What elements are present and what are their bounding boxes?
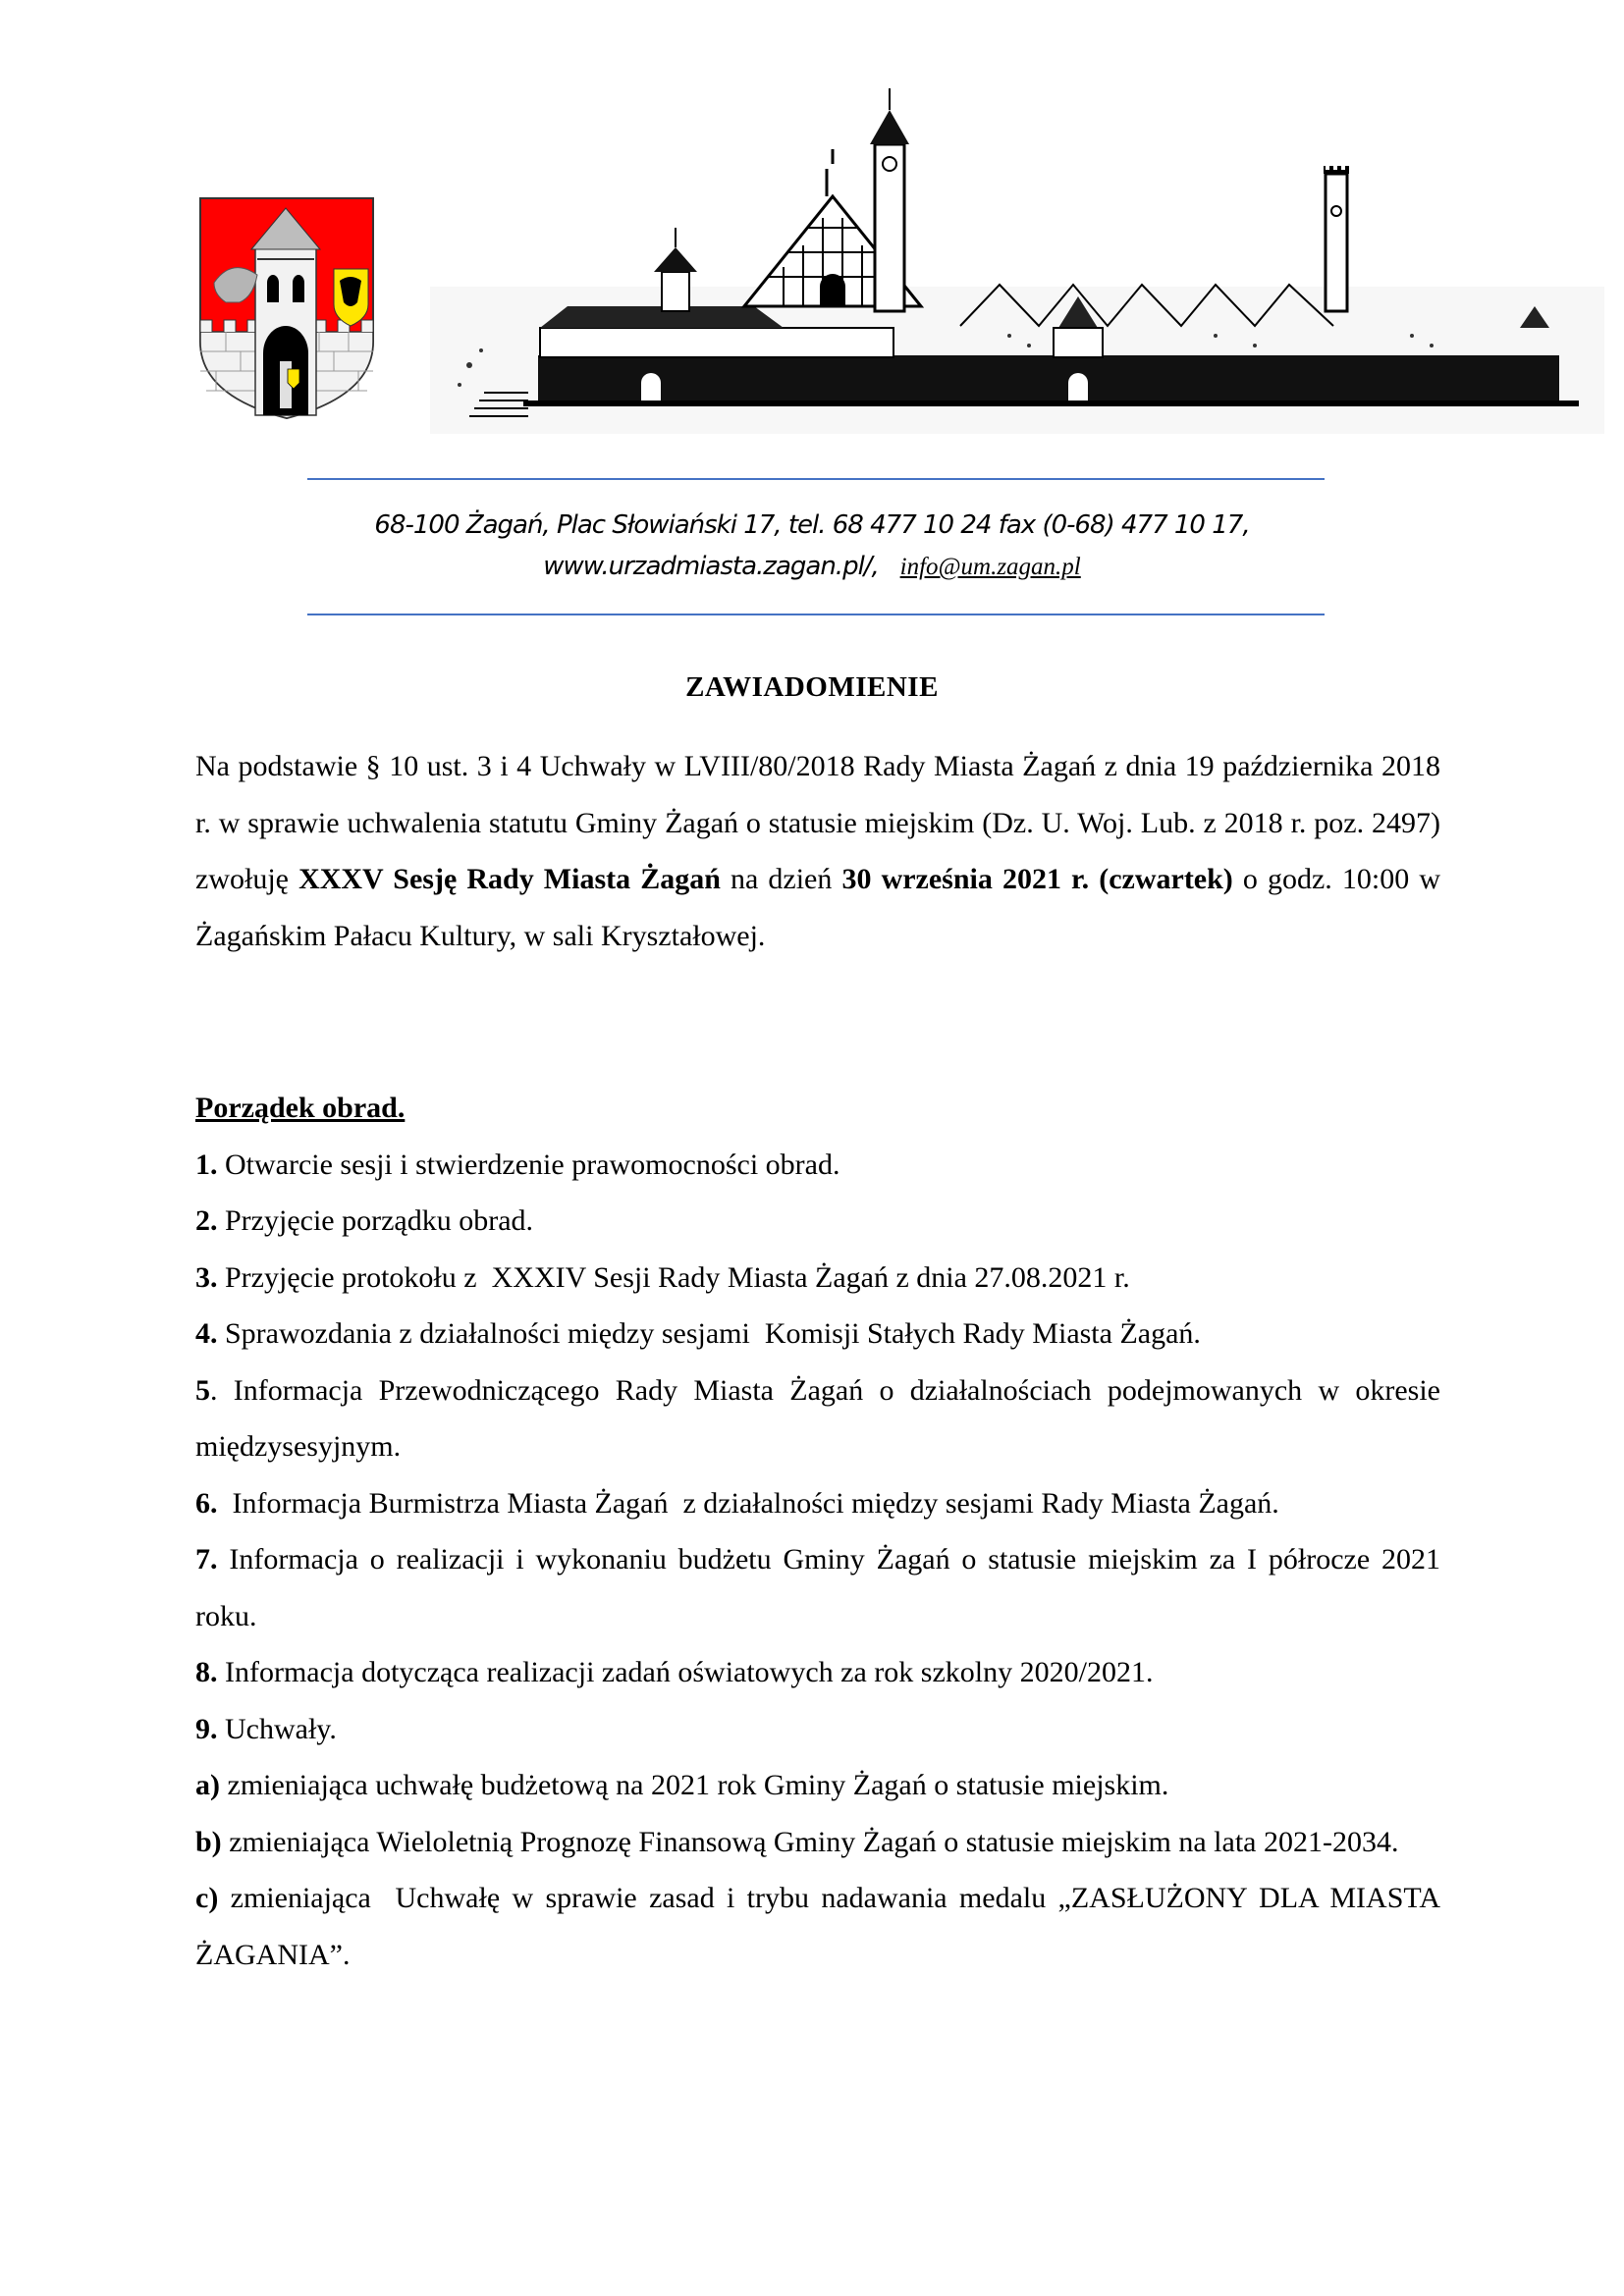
- agenda-item-number: 2.: [195, 1204, 218, 1237]
- agenda-list: 1. Otwarcie sesji i stwierdzenie prawomo…: [195, 1137, 1440, 1984]
- agenda-item-text: Otwarcie sesji i stwierdzenie prawomocno…: [218, 1148, 840, 1181]
- agenda-item: 7. Informacja o realizacji i wykonaniu b…: [195, 1531, 1440, 1644]
- agenda-item-text: zmieniająca uchwałę budżetową na 2021 ro…: [220, 1769, 1168, 1801]
- agenda-item: c) zmieniająca Uchwałę w sprawie zasad i…: [195, 1870, 1440, 1983]
- header-divider-top: [307, 478, 1325, 480]
- agenda-item: 5. Informacja Przewodniczącego Rady Mias…: [195, 1362, 1440, 1475]
- agenda-item: b) zmieniająca Wieloletnią Prognozę Fina…: [195, 1814, 1440, 1871]
- agenda-item-text: . Informacja Przewodniczącego Rady Miast…: [195, 1374, 1448, 1464]
- agenda-item: 4. Sprawozdania z działalności między se…: [195, 1306, 1440, 1362]
- agenda-item: 8. Informacja dotycząca realizacji zadań…: [195, 1644, 1440, 1701]
- agenda-item-text: Przyjęcie protokołu z XXXIV Sesji Rady M…: [218, 1261, 1130, 1294]
- agenda-item-number: a): [195, 1769, 220, 1801]
- agenda-item-number: 4.: [195, 1317, 218, 1350]
- agenda-heading: Porządek obrad.: [195, 1080, 1440, 1137]
- agenda-item-text: Informacja o realizacji i wykonaniu budż…: [195, 1543, 1448, 1632]
- coat-of-arms-logo: [196, 194, 377, 422]
- agenda-item-number: 6.: [195, 1487, 218, 1520]
- email-link[interactable]: info@um.zagan.pl: [900, 554, 1081, 580]
- agenda-item: 3. Przyjęcie protokołu z XXXIV Sesji Rad…: [195, 1250, 1440, 1307]
- agenda-item-text: Przyjęcie porządku obrad.: [218, 1204, 534, 1237]
- agenda-item: 9. Uchwały.: [195, 1701, 1440, 1758]
- intro-paragraph: Na podstawie § 10 ust. 3 i 4 Uchwały w L…: [195, 738, 1440, 964]
- agenda-item-number: 1.: [195, 1148, 218, 1181]
- agenda-item-text: Sprawozdania z działalności między sesja…: [218, 1317, 1201, 1350]
- agenda-item: 2. Przyjęcie porządku obrad.: [195, 1193, 1440, 1250]
- header-divider-bottom: [307, 614, 1325, 615]
- agenda: Porządek obrad. 1. Otwarcie sesji i stwi…: [195, 1080, 1440, 1983]
- intro-text: na dzień: [721, 863, 842, 895]
- session-date: 30 września 2021 r. (czwartek): [841, 863, 1232, 895]
- agenda-item-number: 7.: [195, 1543, 218, 1575]
- agenda-item-text: zmieniająca Wieloletnią Prognozę Finanso…: [222, 1826, 1399, 1858]
- agenda-item-text: zmieniająca Uchwałę w sprawie zasad i tr…: [195, 1882, 1448, 1971]
- agenda-item-number: 9.: [195, 1713, 218, 1745]
- agenda-item: 6. Informacja Burmistrza Miasta Żagań z …: [195, 1475, 1440, 1532]
- document-title: ZAWIADOMIENIE: [0, 671, 1624, 704]
- agenda-item: 1. Otwarcie sesji i stwierdzenie prawomo…: [195, 1137, 1440, 1194]
- agenda-item: a) zmieniająca uchwałę budżetową na 2021…: [195, 1757, 1440, 1814]
- agenda-item-number: c): [195, 1882, 218, 1914]
- agenda-item-text: Informacja dotycząca realizacji zadań oś…: [218, 1656, 1154, 1688]
- session-name: XXXV Sesję Rady Miasta Żagań: [298, 863, 721, 895]
- agenda-item-text: Uchwały.: [218, 1713, 337, 1745]
- contact-address: 68-100 Żagań, Plac Słowiański 17, tel. 6…: [0, 510, 1624, 540]
- website-link[interactable]: www.urzadmiasta.zagan.pl/,: [543, 552, 879, 581]
- contact-web-line: www.urzadmiasta.zagan.pl/, info@um.zagan…: [0, 552, 1624, 581]
- agenda-item-number: 5: [195, 1374, 210, 1407]
- town-skyline-illustration: [430, 71, 1604, 434]
- agenda-item-text: Informacja Burmistrza Miasta Żagań z dzi…: [218, 1487, 1279, 1520]
- agenda-item-number: 3.: [195, 1261, 218, 1294]
- agenda-item-number: b): [195, 1826, 222, 1858]
- agenda-item-number: 8.: [195, 1656, 218, 1688]
